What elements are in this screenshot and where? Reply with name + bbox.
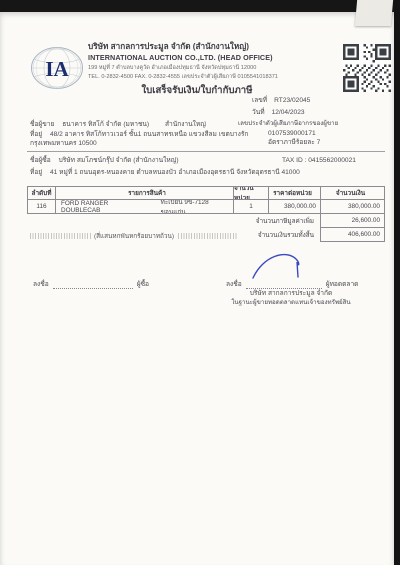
header-unit-price: ราคาต่อหน่วย xyxy=(268,186,320,200)
scanned-receipt-document: IA บริษัท สากลการประมูล จำกัด (สำนักงานใ… xyxy=(0,0,400,565)
buyer-sign-label: ลงชื่อ xyxy=(33,278,49,289)
seller-address-row1: ที่อยู่ 48/2 อาคาร ทิสโก้ทาวเวอร์ ชั้น1 … xyxy=(30,131,248,139)
table-row: 116 FORD RANGER DOUBLECAB ทะเบียน 9ข-712… xyxy=(27,200,385,214)
doc-number-value: RT23/02045 xyxy=(274,97,310,105)
document-title: ใบเสร็จรับเงิน/ใบกำกับภาษี xyxy=(0,85,394,96)
seller-taxid-label: เลขประจำตัวผู้เสียภาษีอากรของผู้ขาย xyxy=(238,120,338,127)
doc-date-row: วันที่ 12/04/2023 xyxy=(252,109,305,117)
buyer-signature-line xyxy=(53,280,133,289)
scan-dark-strip-right xyxy=(394,0,400,565)
amount-in-words: (สี่แสนหกพันหกร้อยบาทถ้วน) xyxy=(91,231,177,241)
item-description: FORD RANGER DOUBLECAB ทะเบียน 9ข-7128 ขอ… xyxy=(55,200,233,214)
buyer-address-label: ที่อยู่ xyxy=(30,169,42,176)
seller-address-label: ที่อยู่ xyxy=(30,131,42,138)
vat-label: จำนวนภาษีมูลค่าเพิ่ม xyxy=(27,214,320,228)
auctioneer-signature-row: ลงชื่อ ผู้ทอดตลาด xyxy=(226,278,358,289)
scan-dark-band-top xyxy=(0,0,400,12)
seller-address-line1: 48/2 อาคาร ทิสโก้ทาวเวอร์ ชั้น1 ถนนสาทรเ… xyxy=(50,131,248,138)
item-quantity: 1 xyxy=(233,200,268,214)
auctioneer-company-line2: ในฐานะผู้ขายทอดตลาดแทนเจ้าของทรัพย์สิน xyxy=(216,299,366,306)
auctioneer-role-label: ผู้ทอดตลาด xyxy=(326,278,359,289)
svg-text:IA: IA xyxy=(45,57,69,81)
seller-taxid-value: 0107539000171 xyxy=(268,130,316,138)
seller-name-label: ชื่อผู้ขาย xyxy=(30,121,54,128)
company-tel-taxid-line: TEL. 0-2832-4500 FAX. 0-2832-4555 เลขประ… xyxy=(88,74,278,80)
buyer-taxid: TAX ID : 0415562000021 xyxy=(282,157,356,165)
item-license-plate: ทะเบียน 9ข-7128 ขอนแก่น xyxy=(161,200,233,214)
doc-date-label: วันที่ xyxy=(252,109,265,117)
seller-branch: สำนักงานใหญ่ xyxy=(165,121,206,128)
company-name-thai: บริษัท สากลการประมูล จำกัด (สำนักงานใหญ่… xyxy=(88,42,249,51)
seller-name-row: ชื่อผู้ขาย ธนาคาร ทิสโก้ จำกัด (มหาชน) ส… xyxy=(30,121,206,129)
doc-number-label: เลขที่ xyxy=(252,97,267,105)
buyer-role-label: ผู้ซื้อ xyxy=(137,278,149,289)
paper-page: IA บริษัท สากลการประมูล จำกัด (สำนักงานใ… xyxy=(0,10,394,565)
buyer-address-value: 41 หมู่ที่ 1 ถนนอุดร-หนองคาย ตำบลหนองบัว… xyxy=(50,169,300,176)
header-description: รายการสินค้า xyxy=(55,186,233,200)
header-amount: จำนวนเงิน xyxy=(320,186,385,200)
seller-name-value: ธนาคาร ทิสโก้ จำกัด (มหาชน) xyxy=(62,121,149,128)
header-quantity: จำนวนหน่วย xyxy=(233,186,268,200)
header-no: ลำดับที่ xyxy=(27,186,55,200)
table-header-row: ลำดับที่ รายการสินค้า จำนวนหน่วย ราคาต่อ… xyxy=(27,186,385,200)
seller-vat-rate: อัตราภาษีร้อยละ 7 xyxy=(268,139,320,147)
amount-in-words-strip: (สี่แสนหกพันหกร้อยบาทถ้วน) xyxy=(30,230,238,241)
doc-number-row: เลขที่ RT23/02045 xyxy=(252,97,310,105)
auctioneer-signature-line xyxy=(246,280,322,289)
doc-date-value: 12/04/2023 xyxy=(272,109,305,117)
buyer-name-value: บริษัท สมโภชน์กรุ๊ป จำกัด (สำนักงานใหญ่) xyxy=(59,157,179,164)
seller-address-line2: กรุงเทพมหานคร 10500 xyxy=(30,140,97,148)
item-no: 116 xyxy=(27,200,55,214)
item-amount: 380,000.00 xyxy=(320,200,385,214)
item-vehicle-model: FORD RANGER DOUBLECAB xyxy=(61,200,147,214)
buyer-name-label: ชื่อผู้ซื้อ xyxy=(30,157,51,164)
auctioneer-sign-label: ลงชื่อ xyxy=(226,278,242,289)
buyer-signature-row: ลงชื่อ ผู้ซื้อ xyxy=(33,278,149,289)
buyer-address-row: ที่อยู่ 41 หมู่ที่ 1 ถนนอุดร-หนองคาย ตำบ… xyxy=(30,169,300,177)
paper-corner-notch xyxy=(355,0,393,26)
company-address-line: 199 หมู่ที่ 7 ตำบลบางคูวัด อำเภอเมืองปทุ… xyxy=(88,65,256,71)
qr-code xyxy=(343,42,391,94)
vat-row: จำนวนภาษีมูลค่าเพิ่ม 26,600.00 xyxy=(27,214,385,228)
grand-total-amount: 406,600.00 xyxy=(320,228,385,242)
item-unit-price: 380,000.00 xyxy=(268,200,320,214)
section-divider xyxy=(27,151,385,152)
buyer-name-row: ชื่อผู้ซื้อ บริษัท สมโภชน์กรุ๊ป จำกัด (ส… xyxy=(30,157,179,165)
vat-amount: 26,600.00 xyxy=(320,214,385,228)
auctioneer-company-line1: บริษัท สากลการประมูล จำกัด xyxy=(226,290,356,298)
company-name-english: INTERNATIONAL AUCTION CO.,LTD. (HEAD OFF… xyxy=(88,54,273,62)
